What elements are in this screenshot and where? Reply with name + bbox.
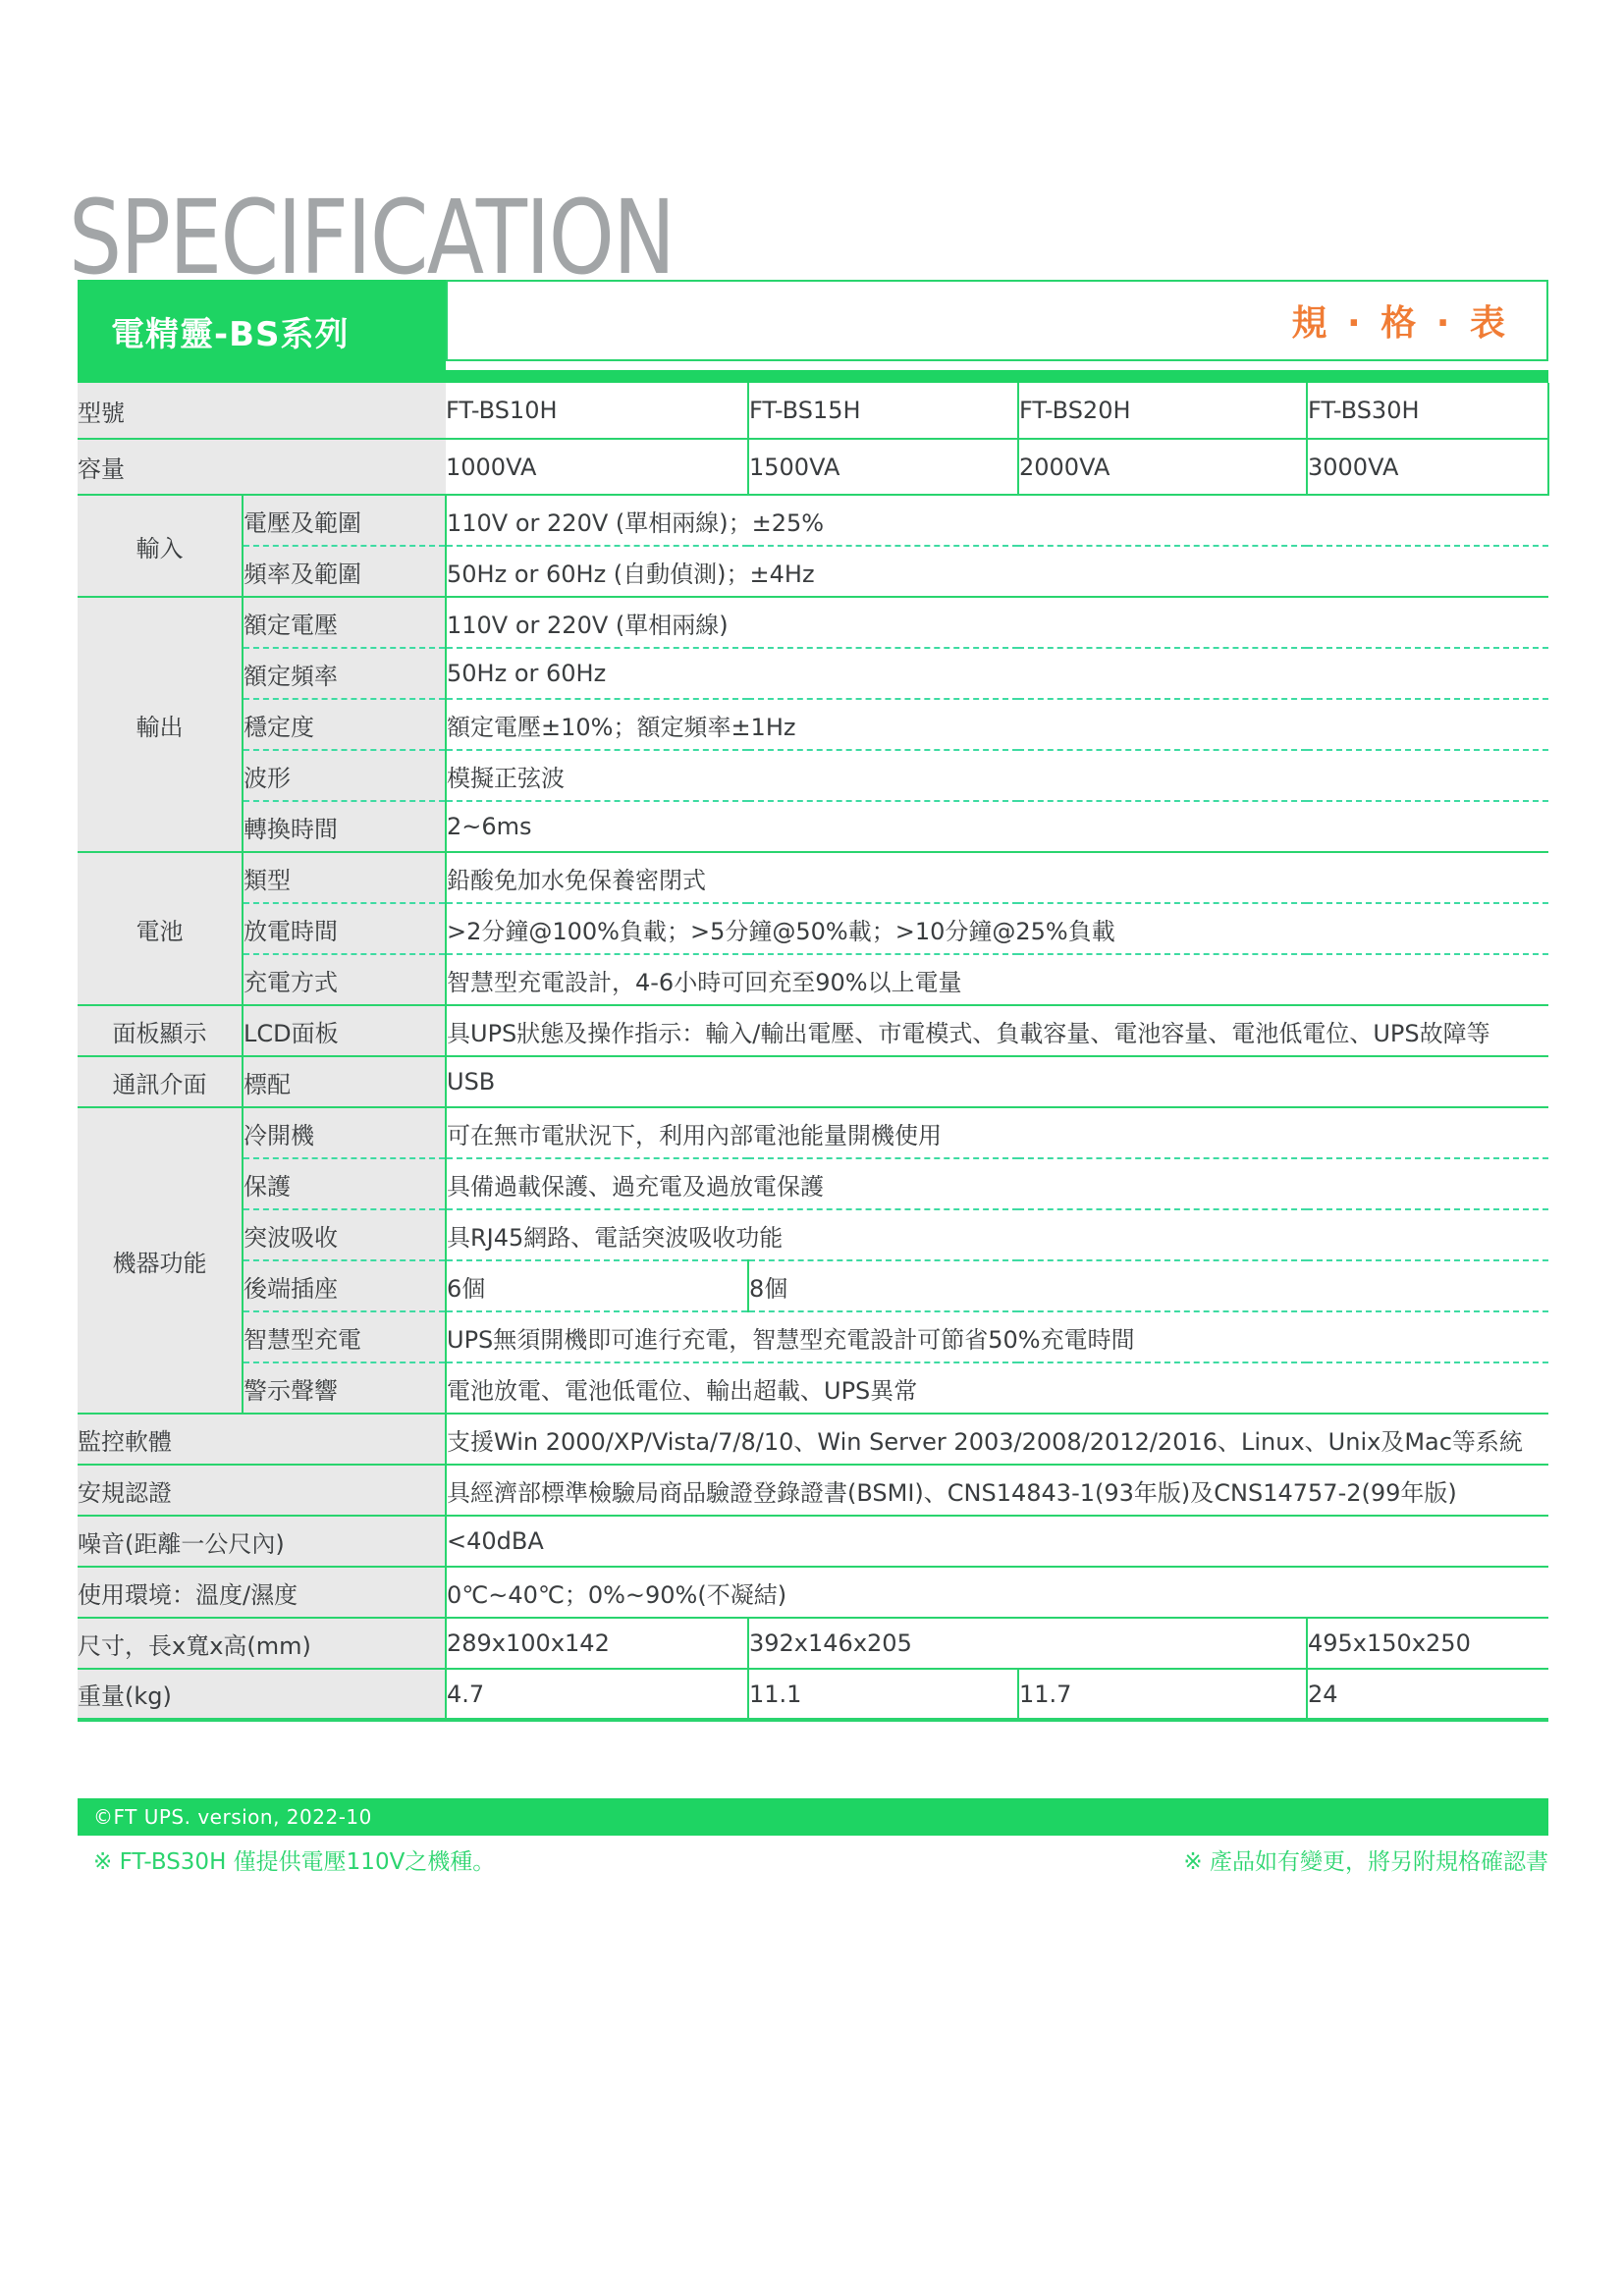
- spec-value-cell: <40dBA: [446, 1516, 1548, 1567]
- page-title: SPECIFICATION: [69, 187, 674, 289]
- footnotes: ※ FT-BS30H 僅提供電壓110V之機種。 ※ 產品如有變更，將另附規格確…: [78, 1843, 1548, 1876]
- table-row-interface: 通訊介面標配USB: [78, 1056, 1548, 1107]
- footer-bar: ©FT UPS. version, 2022-10: [78, 1798, 1548, 1836]
- spec-sub-label: 頻率及範圍: [243, 546, 446, 597]
- spec-row-label: 容量: [78, 439, 446, 495]
- table-row-output-stability: 穩定度額定電壓±10%；額定頻率±1Hz: [78, 699, 1548, 750]
- table-row-capacity: 容量1000VA1500VA2000VA3000VA: [78, 439, 1548, 495]
- spec-row-label: 安規認證: [78, 1465, 446, 1516]
- spec-value-cell: 智慧型充電設計，4-6小時可回充至90%以上電量: [446, 954, 1548, 1005]
- spec-value-cell: 6個: [446, 1260, 748, 1311]
- spec-value-cell: 2~6ms: [446, 801, 1548, 852]
- spec-value-cell: 具RJ45網路、電話突波吸收功能: [446, 1209, 1548, 1260]
- spec-sub-label: 波形: [243, 750, 446, 801]
- spec-value-cell: 4.7: [446, 1669, 748, 1720]
- sheet-title: 規 · 格 · 表: [1292, 295, 1510, 346]
- spec-value-cell: >2分鐘@100%負載；>5分鐘@50%載；>10分鐘@25%負載: [446, 903, 1548, 954]
- table-row-function-smart-charge: 智慧型充電UPS無須開機即可進行充電，智慧型充電設計可節省50%充電時間: [78, 1311, 1548, 1362]
- sheet-title-area: 規 · 格 · 表: [446, 280, 1548, 361]
- table-row-battery-charging: 充電方式智慧型充電設計，4-6小時可回充至90%以上電量: [78, 954, 1548, 1005]
- spec-value-cell: 24: [1307, 1669, 1548, 1720]
- spec-sub-label: 電壓及範圍: [243, 495, 446, 546]
- spec-value-cell: 可在無市電狀況下，利用內部電池能量開機使用: [446, 1107, 1548, 1158]
- spec-group-label: 機器功能: [78, 1107, 243, 1414]
- spec-sub-label: 額定頻率: [243, 648, 446, 699]
- spec-group-label: 輸入: [78, 495, 243, 597]
- header-band: 電精靈-BS系列 規 · 格 · 表: [78, 280, 1548, 361]
- series-badge: 電精靈-BS系列: [78, 280, 446, 383]
- table-row-function-outlets: 後端插座6個8個: [78, 1260, 1548, 1311]
- spec-value-cell: FT-BS15H: [748, 383, 1018, 439]
- table-row-function-alarm: 警示聲響電池放電、電池低電位、輸出超載、UPS異常: [78, 1362, 1548, 1414]
- table-row-noise: 噪音(距離一公尺內)<40dBA: [78, 1516, 1548, 1567]
- spec-table: 型號FT-BS10HFT-BS15HFT-BS20HFT-BS30H容量1000…: [78, 383, 1549, 1722]
- table-row-output-rated-frequency: 額定頻率50Hz or 60Hz: [78, 648, 1548, 699]
- spec-value-cell: 具備過載保護、過充電及過放電保護: [446, 1158, 1548, 1209]
- spec-group-label: 面板顯示: [78, 1005, 243, 1056]
- spec-value-cell: 具UPS狀態及操作指示：輸入/輸出電壓、市電模式、負載容量、電池容量、電池低電位…: [446, 1005, 1548, 1056]
- table-row-output-rated-voltage: 輸出額定電壓110V or 220V (單相兩線): [78, 597, 1548, 648]
- table-row-function-protection: 保護具備過載保護、過充電及過放電保護: [78, 1158, 1548, 1209]
- spec-sub-label: 突波吸收: [243, 1209, 446, 1260]
- spec-value-cell: 289x100x142: [446, 1618, 748, 1669]
- spec-value-cell: 110V or 220V (單相兩線): [446, 597, 1548, 648]
- spec-value-cell: FT-BS30H: [1307, 383, 1548, 439]
- spec-value-cell: 支援Win 2000/XP/Vista/7/8/10、Win Server 20…: [446, 1414, 1548, 1465]
- spec-value-cell: FT-BS10H: [446, 383, 748, 439]
- spec-sub-label: 標配: [243, 1056, 446, 1107]
- spec-sub-label: 智慧型充電: [243, 1311, 446, 1362]
- spec-value-cell: 模擬正弦波: [446, 750, 1548, 801]
- spec-sub-label: LCD面板: [243, 1005, 446, 1056]
- spec-sub-label: 額定電壓: [243, 597, 446, 648]
- footer-bar-text: ©FT UPS. version, 2022-10: [78, 1805, 372, 1829]
- spec-group-label: 電池: [78, 852, 243, 1005]
- table-top-bar: [78, 370, 1548, 383]
- table-row-weight: 重量(kg)4.711.111.724: [78, 1669, 1548, 1720]
- spec-sub-label: 類型: [243, 852, 446, 903]
- spec-value-cell: 495x150x250: [1307, 1618, 1548, 1669]
- spec-value-cell: 3000VA: [1307, 439, 1548, 495]
- spec-sub-label: 轉換時間: [243, 801, 446, 852]
- spec-group-label: 通訊介面: [78, 1056, 243, 1107]
- spec-value-cell: 1000VA: [446, 439, 748, 495]
- table-row-monitoring-software: 監控軟體支援Win 2000/XP/Vista/7/8/10、Win Serve…: [78, 1414, 1548, 1465]
- table-row-input-frequency: 頻率及範圍50Hz or 60Hz (自動偵測)；±4Hz: [78, 546, 1548, 597]
- spec-row-label: 型號: [78, 383, 446, 439]
- table-row-battery-backup-time: 放電時間>2分鐘@100%負載；>5分鐘@50%載；>10分鐘@25%負載: [78, 903, 1548, 954]
- spec-row-label: 重量(kg): [78, 1669, 446, 1720]
- spec-value-cell: FT-BS20H: [1018, 383, 1307, 439]
- spec-value-cell: USB: [446, 1056, 1548, 1107]
- spec-value-cell: 392x146x205: [748, 1618, 1307, 1669]
- table-row-input-voltage: 輸入電壓及範圍110V or 220V (單相兩線)；±25%: [78, 495, 1548, 546]
- spec-sub-label: 後端插座: [243, 1260, 446, 1311]
- spec-value-cell: 11.7: [1018, 1669, 1307, 1720]
- spec-value-cell: 50Hz or 60Hz (自動偵測)；±4Hz: [446, 546, 1548, 597]
- table-row-certification: 安規認證具經濟部標準檢驗局商品驗證登錄證書(BSMI)、CNS14843-1(9…: [78, 1465, 1548, 1516]
- spec-sub-label: 穩定度: [243, 699, 446, 750]
- spec-value-cell: 具經濟部標準檢驗局商品驗證登錄證書(BSMI)、CNS14843-1(93年版)…: [446, 1465, 1548, 1516]
- spec-value-cell: 11.1: [748, 1669, 1018, 1720]
- note-right: ※ 產品如有變更，將另附規格確認書: [1183, 1843, 1548, 1876]
- table-row-dimensions: 尺寸，長x寬x高(mm)289x100x142392x146x205495x15…: [78, 1618, 1548, 1669]
- spec-sub-label: 冷開機: [243, 1107, 446, 1158]
- spec-value-cell: 1500VA: [748, 439, 1018, 495]
- spec-group-label: 輸出: [78, 597, 243, 852]
- spec-value-cell: 8個: [748, 1260, 1548, 1311]
- spec-value-cell: UPS無須開機即可進行充電，智慧型充電設計可節省50%充電時間: [446, 1311, 1548, 1362]
- spec-value-cell: 電池放電、電池低電位、輸出超載、UPS異常: [446, 1362, 1548, 1414]
- spec-value-cell: 2000VA: [1018, 439, 1307, 495]
- spec-sub-label: 保護: [243, 1158, 446, 1209]
- spec-sub-label: 充電方式: [243, 954, 446, 1005]
- series-badge-label: 電精靈-BS系列: [78, 307, 350, 355]
- table-row-function-cold-start: 機器功能冷開機可在無市電狀況下，利用內部電池能量開機使用: [78, 1107, 1548, 1158]
- spec-row-label: 監控軟體: [78, 1414, 446, 1465]
- table-row-output-waveform: 波形模擬正弦波: [78, 750, 1548, 801]
- spec-value-cell: 0℃~40℃；0%~90%(不凝結): [446, 1567, 1548, 1618]
- table-row-panel-display: 面板顯示LCD面板具UPS狀態及操作指示：輸入/輸出電壓、市電模式、負載容量、電…: [78, 1005, 1548, 1056]
- spec-value-cell: 50Hz or 60Hz: [446, 648, 1548, 699]
- spec-row-label: 尺寸，長x寬x高(mm): [78, 1618, 446, 1669]
- spec-row-label: 使用環境：溫度/濕度: [78, 1567, 446, 1618]
- spec-value-cell: 110V or 220V (單相兩線)；±25%: [446, 495, 1548, 546]
- spec-value-cell: 額定電壓±10%；額定頻率±1Hz: [446, 699, 1548, 750]
- table-row-function-surge: 突波吸收具RJ45網路、電話突波吸收功能: [78, 1209, 1548, 1260]
- table-row-environment: 使用環境：溫度/濕度0℃~40℃；0%~90%(不凝結): [78, 1567, 1548, 1618]
- spec-sub-label: 警示聲響: [243, 1362, 446, 1414]
- table-row-output-transfer-time: 轉換時間2~6ms: [78, 801, 1548, 852]
- spec-sheet-page: SPECIFICATION 電精靈-BS系列 規 · 格 · 表 型號FT-BS…: [0, 0, 1624, 2296]
- table-row-battery-type: 電池類型鉛酸免加水免保養密閉式: [78, 852, 1548, 903]
- note-left: ※ FT-BS30H 僅提供電壓110V之機種。: [78, 1843, 495, 1876]
- spec-sub-label: 放電時間: [243, 903, 446, 954]
- spec-row-label: 噪音(距離一公尺內): [78, 1516, 446, 1567]
- table-row-model: 型號FT-BS10HFT-BS15HFT-BS20HFT-BS30H: [78, 383, 1548, 439]
- spec-value-cell: 鉛酸免加水免保養密閉式: [446, 852, 1548, 903]
